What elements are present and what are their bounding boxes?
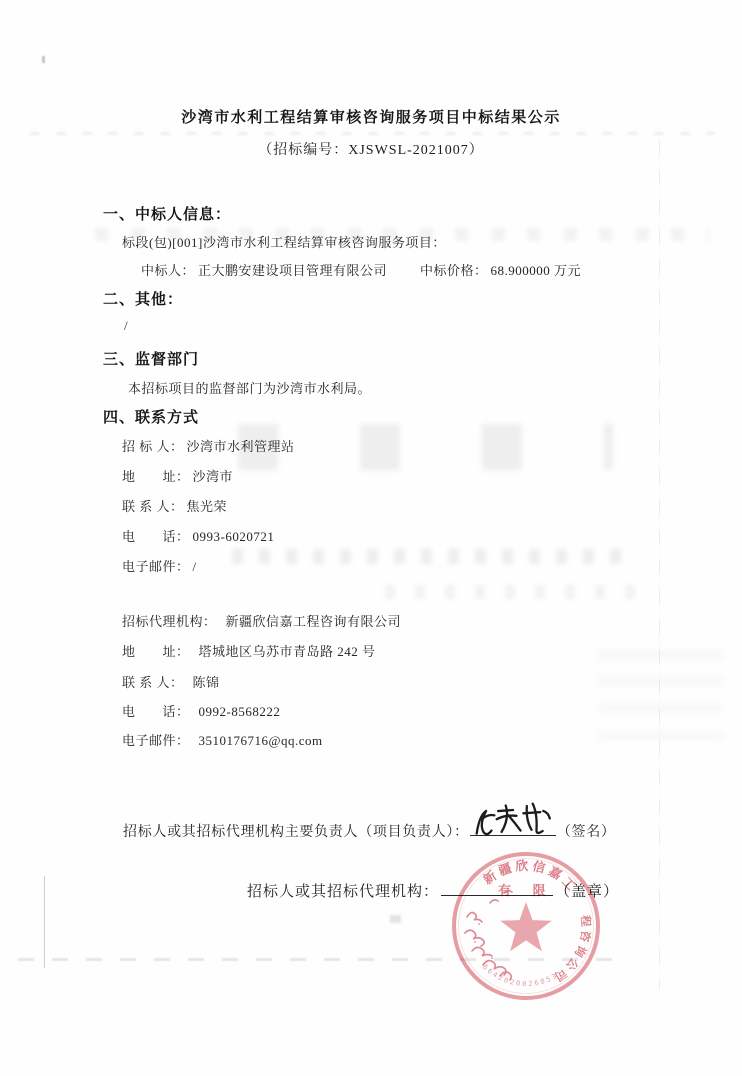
company-seal-stamp: 新疆欣信嘉工 程咨询公司 有 限 6642020026053 <box>445 845 607 1007</box>
signature-area: 孙天柱 <box>470 819 556 836</box>
bid-number-line: （招标编号：XJSWSL-2021007） <box>0 139 742 159</box>
supervision-body: 本招标项目的监督部门为沙湾市水利局。 <box>128 381 371 397</box>
field-label: 地 址： <box>122 644 190 659</box>
field-label: 地 址： <box>122 469 190 484</box>
bleedthrough-artifact <box>598 645 723 740</box>
agency-row: 联 系 人：陈锦 <box>122 675 220 691</box>
field-label: 电 话： <box>122 704 190 719</box>
agency-row: 地 址：塔城地区乌苏市青岛路 242 号 <box>122 644 376 660</box>
tenderer-row: 地 址：沙湾市 <box>122 469 233 485</box>
field-value: / <box>193 559 197 574</box>
winner-label: 中标人： <box>141 263 195 278</box>
field-value: 3510176716@qq.com <box>199 733 323 748</box>
package-line: 标段(包)[001]沙湾市水利工程结算审核咨询服务项目： <box>122 235 446 251</box>
scan-speck <box>390 915 401 923</box>
winner-group: 中标人：正大鹏安建设项目管理有限公司 <box>141 263 387 279</box>
scanned-document-page: 沙湾市水利工程结算审核咨询服务项目中标结果公示 （招标编号：XJSWSL-202… <box>0 0 742 1076</box>
field-value: 塔城地区乌苏市青岛路 242 号 <box>199 644 376 659</box>
field-label: 联 系 人： <box>122 499 184 514</box>
price-value: 68.900000 万元 <box>491 263 582 278</box>
scan-edge-line <box>659 140 660 990</box>
field-label: 招 标 人： <box>122 439 184 454</box>
field-label: 电子邮件： <box>122 733 190 748</box>
agency-row: 电子邮件：3510176716@qq.com <box>122 733 323 749</box>
field-label: 招标代理机构： <box>122 614 217 629</box>
tenderer-row: 联 系 人：焦光荣 <box>122 499 227 515</box>
field-value: 焦光荣 <box>187 499 228 514</box>
field-value: 沙湾市水利管理站 <box>187 439 295 454</box>
field-value: 新疆欣信嘉工程咨询有限公司 <box>226 614 402 629</box>
price-label: 中标价格： <box>420 263 488 278</box>
field-value: 0992-8568222 <box>199 704 281 719</box>
scan-streak-artifact <box>30 132 715 135</box>
bleedthrough-artifact <box>232 549 630 564</box>
section-heading-supervision: 三、监督部门 <box>103 351 199 370</box>
principal-suffix: （签名） <box>557 825 616 840</box>
handwritten-signature <box>468 793 560 839</box>
other-value: / <box>124 318 128 334</box>
field-value: 0993-6020721 <box>193 529 275 544</box>
field-value: 沙湾市 <box>193 469 234 484</box>
section-heading-winner-info: 一、中标人信息： <box>103 206 231 225</box>
document-title: 沙湾市水利工程结算审核咨询服务项目中标结果公示 <box>0 106 742 127</box>
section-heading-other: 二、其他： <box>103 291 183 310</box>
seal-star <box>500 902 551 951</box>
tenderer-row: 电子邮件：/ <box>122 559 197 575</box>
tenderer-row: 招 标 人：沙湾市水利管理站 <box>122 439 295 455</box>
tenderer-row: 电 话：0993-6020721 <box>122 529 274 545</box>
field-label: 联 系 人： <box>122 675 184 690</box>
org-label: 招标人或其招标代理机构： <box>247 884 439 900</box>
principal-label: 招标人或其招标代理机构主要负责人（项目负责人）： <box>123 825 469 840</box>
field-value: 陈锦 <box>193 675 220 690</box>
scan-edge-line <box>44 876 45 968</box>
bleedthrough-artifact <box>385 585 647 599</box>
winner-name: 正大鹏安建设项目管理有限公司 <box>198 263 387 278</box>
agency-row: 招标代理机构：新疆欣信嘉工程咨询有限公司 <box>122 614 401 630</box>
price-group: 中标价格：68.900000 万元 <box>420 263 581 279</box>
field-label: 电 话： <box>122 529 190 544</box>
agency-row: 电 话：0992-8568222 <box>122 704 280 720</box>
principal-signoff-line: 招标人或其招标代理机构主要负责人（项目负责人）： 孙天柱 （签名） <box>123 819 616 842</box>
field-label: 电子邮件： <box>122 559 190 574</box>
scan-speck <box>42 56 45 63</box>
section-heading-contact: 四、联系方式 <box>103 409 199 428</box>
